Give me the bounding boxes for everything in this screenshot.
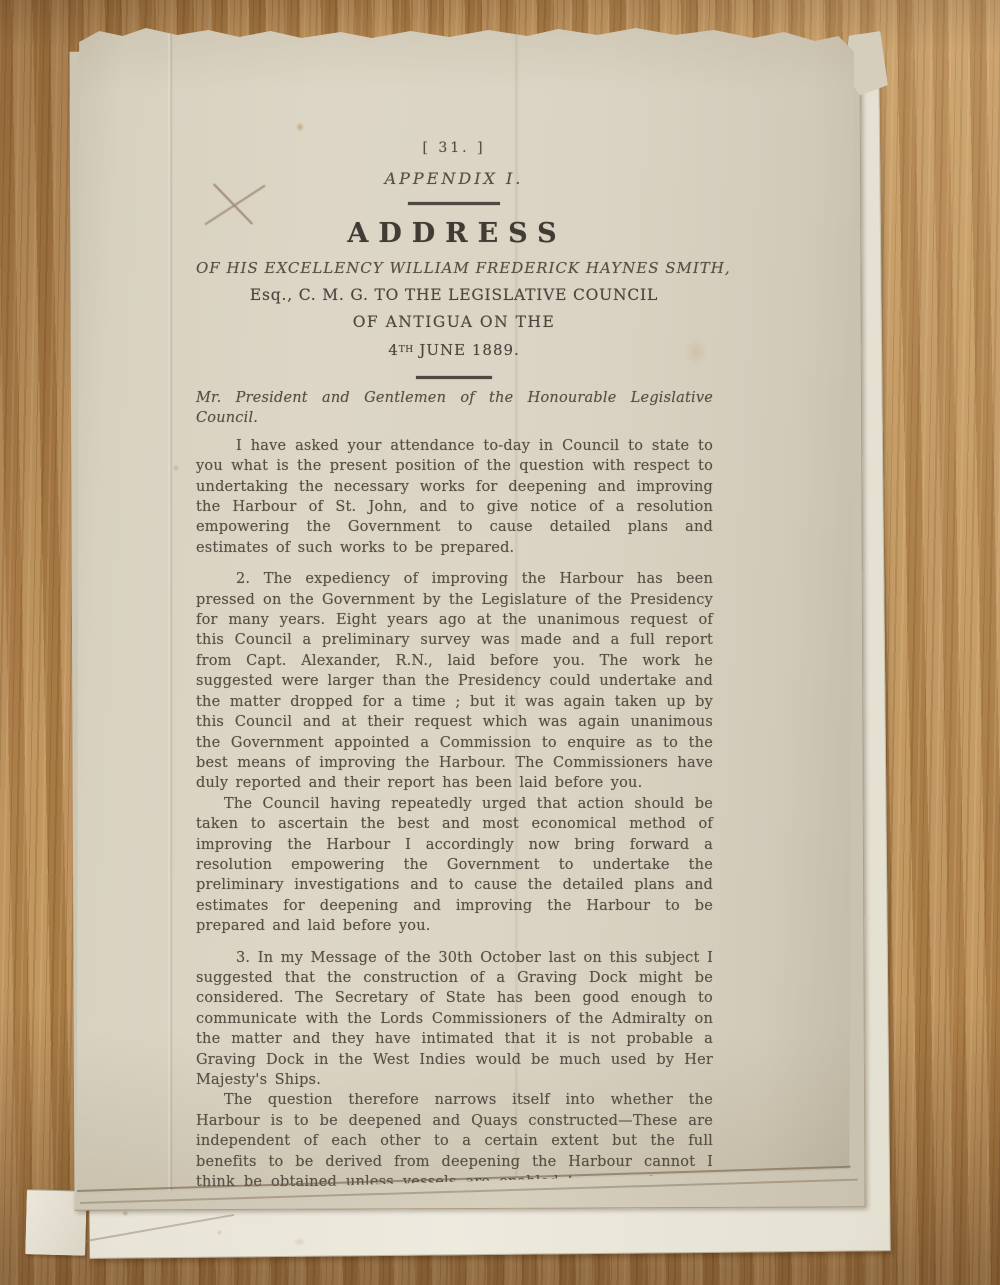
date-ordinal: TH <box>399 345 414 355</box>
salutation: Mr. President and Gentlemen of the Honou… <box>196 388 713 429</box>
photo-of-document-on-wood-table: [ 31. ] APPENDIX I. ADDRESS OF HIS EXCEL… <box>0 0 1000 1285</box>
pencil-stroke <box>213 183 253 225</box>
subtitle-council-line: Esq., C. M. G. TO THE LEGISLATIVE COUNCI… <box>196 286 712 304</box>
date-line: 4TH JUNE 1889. <box>196 341 712 359</box>
subtitle-excellency-line: OF HIS EXCELLENCY WILLIAM FREDERICK HAYN… <box>196 259 712 277</box>
document-body: Mr. President and Gentlemen of the Honou… <box>196 388 713 1274</box>
paragraph-1: I have asked your attendance to-day in C… <box>196 436 713 558</box>
pencil-x-annotation <box>202 181 266 231</box>
document-title: ADDRESS <box>202 218 712 249</box>
paragraph-4: 3. In my Message of the 30th October las… <box>196 948 713 1091</box>
appendix-label: APPENDIX I. <box>196 169 712 188</box>
subtitle-antigua-line: OF ANTIGUA ON THE <box>196 313 712 331</box>
document-page: [ 31. ] APPENDIX I. ADDRESS OF HIS EXCEL… <box>76 22 854 1197</box>
divider-rule-bottom <box>416 376 492 379</box>
divider-rule-top <box>408 202 500 205</box>
date-rest: JUNE 1889. <box>414 341 520 359</box>
paragraph-2: 2. The expediency of improving the Harbo… <box>196 569 713 793</box>
date-day: 4 <box>388 341 399 359</box>
page-number: [ 31. ] <box>196 140 712 156</box>
document-header: [ 31. ] APPENDIX I. ADDRESS OF HIS EXCEL… <box>196 140 712 379</box>
paragraph-3: The Council having repeatedly urged that… <box>196 794 713 937</box>
